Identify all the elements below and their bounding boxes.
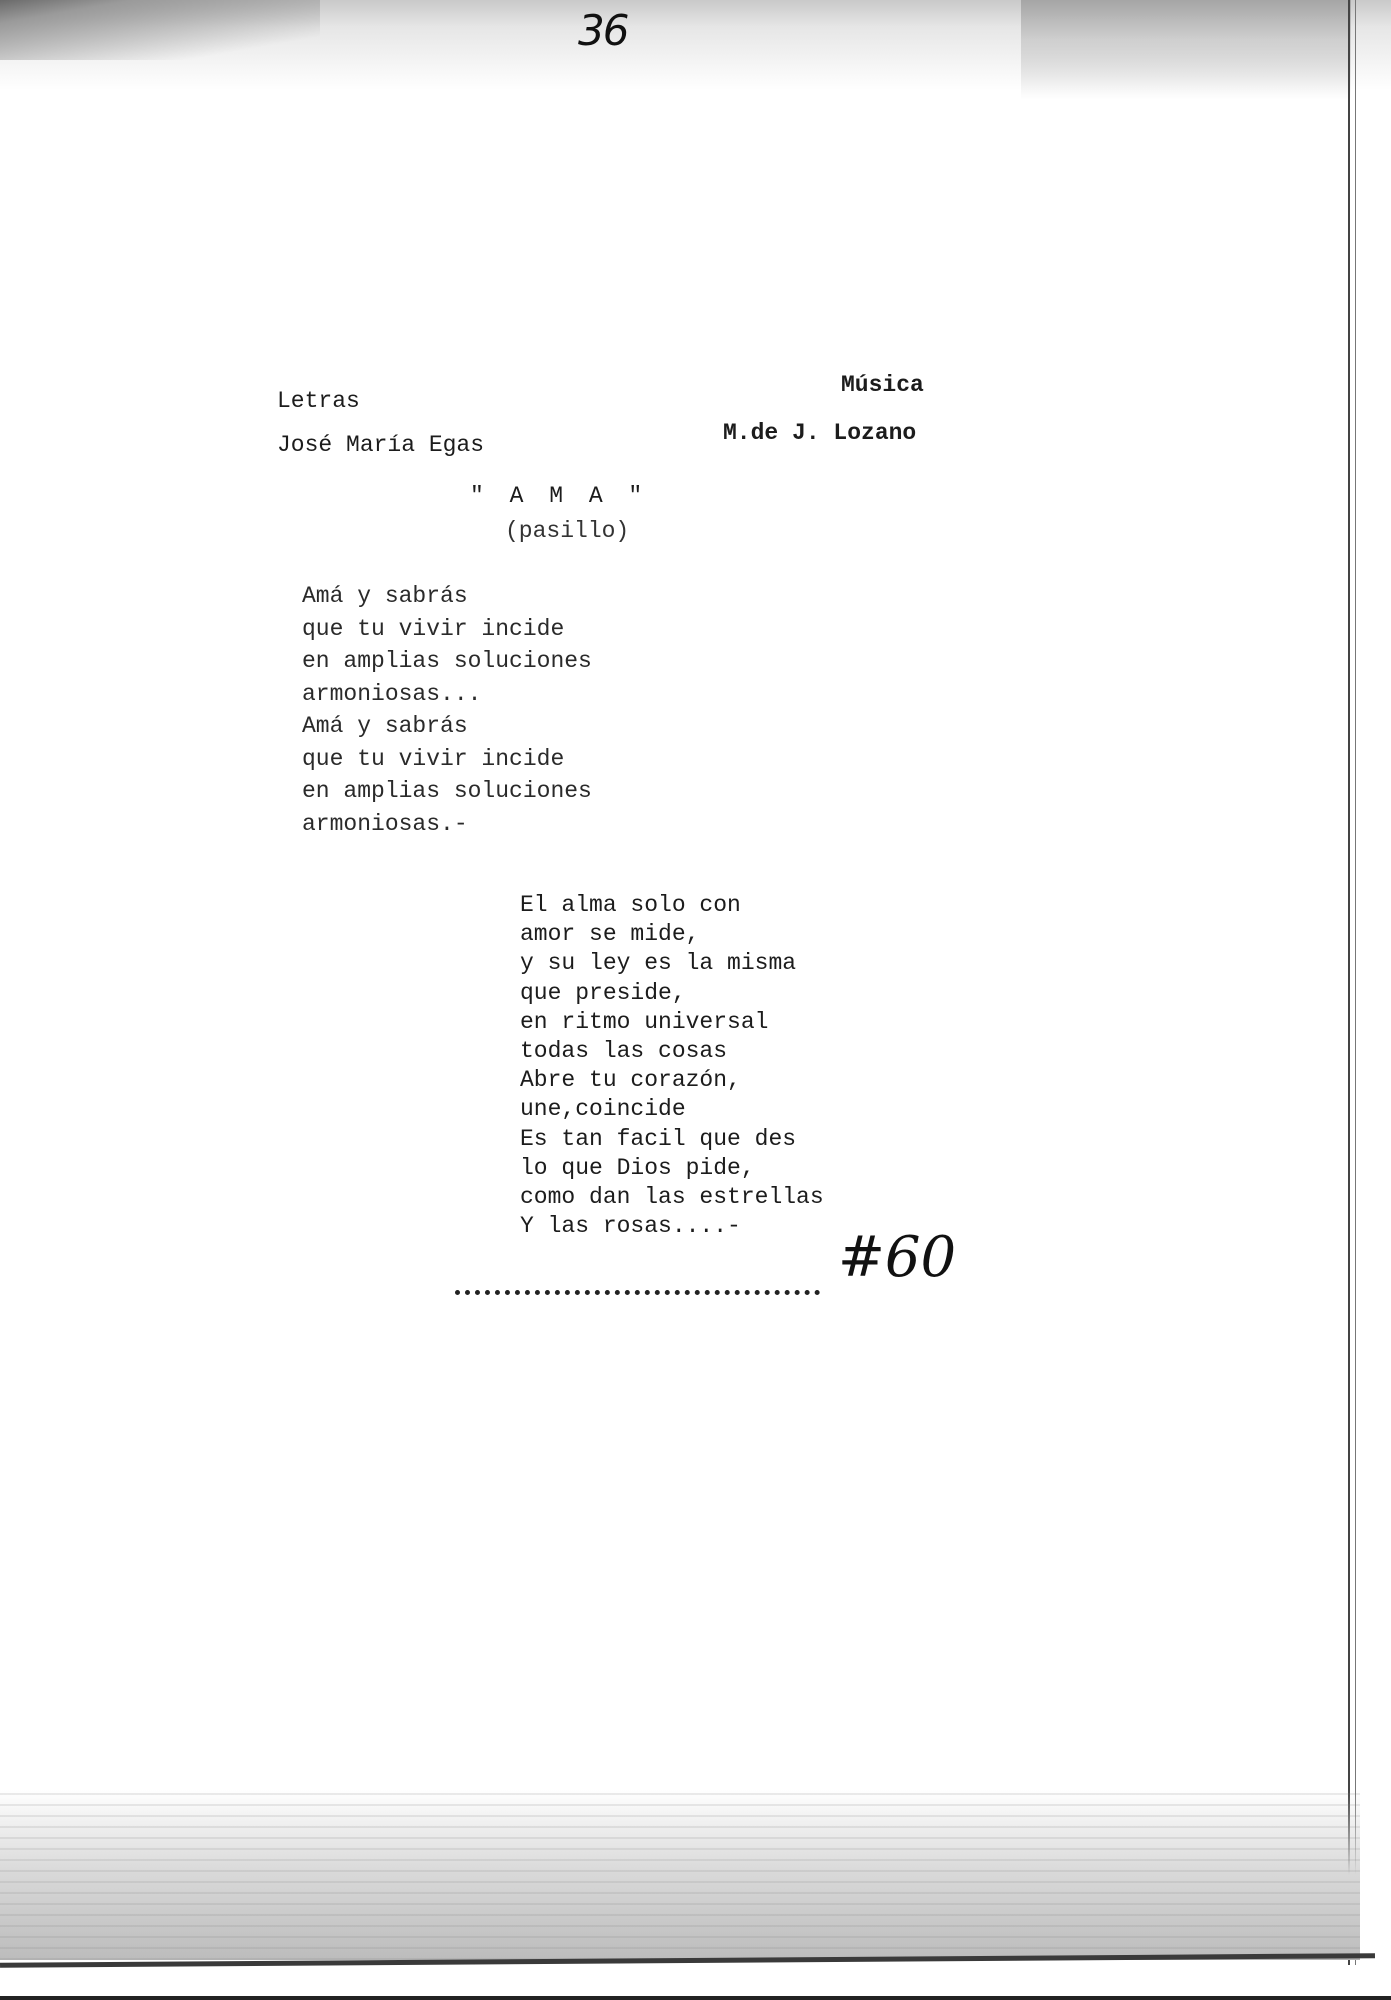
lyric-line: que preside, — [520, 979, 824, 1008]
lyric-line: El alma solo con — [520, 891, 824, 920]
lyric-line: que tu vivir incide — [302, 613, 592, 646]
bleed-through-staff-notation — [0, 1790, 1360, 1960]
lyric-line: Y las rosas....- — [520, 1212, 824, 1241]
lyric-line: como dan las estrellas — [520, 1183, 824, 1212]
lyric-line: Es tan facil que des — [520, 1125, 824, 1154]
song-genre: (pasillo) — [505, 518, 629, 544]
lyric-line: une,coincide — [520, 1095, 824, 1124]
composer-name: M.de J. Lozano — [723, 420, 916, 446]
lyric-line: Abre tu corazón, — [520, 1066, 824, 1095]
page-number: 36 — [578, 6, 627, 55]
page-edge-right — [1348, 0, 1356, 1965]
lyrics-label: Letras — [277, 388, 360, 414]
lyric-line: amor se mide, — [520, 920, 824, 949]
lyricist-name: José María Egas — [277, 432, 484, 458]
dotted-separator — [455, 1290, 820, 1295]
scanner-edge — [0, 1996, 1391, 2000]
lyric-line: en amplias soluciones — [302, 775, 592, 808]
lyric-line: y su ley es la misma — [520, 949, 824, 978]
lyric-line: Amá y sabrás — [302, 710, 592, 743]
lyric-line: en ritmo universal — [520, 1008, 824, 1037]
lyric-line: todas las cosas — [520, 1037, 824, 1066]
scan-shadow-top-left — [0, 0, 320, 60]
music-label: Música — [841, 372, 924, 398]
lyric-line: que tu vivir incide — [302, 743, 592, 776]
lyric-line: armoniosas.- — [302, 808, 592, 841]
lyric-line: en amplias soluciones — [302, 645, 592, 678]
lyric-line: Amá y sabrás — [302, 580, 592, 613]
stanza-2: El alma solo con amor se mide, y su ley … — [520, 891, 824, 1241]
scan-shadow-top-right — [1021, 0, 1351, 100]
lyric-line: lo que Dios pide, — [520, 1154, 824, 1183]
handwritten-annotation: #60 — [838, 1225, 956, 1290]
song-title: " A M A " — [470, 483, 648, 509]
lyric-line: armoniosas... — [302, 678, 592, 711]
stanza-1: Amá y sabrás que tu vivir incide en ampl… — [302, 580, 592, 840]
